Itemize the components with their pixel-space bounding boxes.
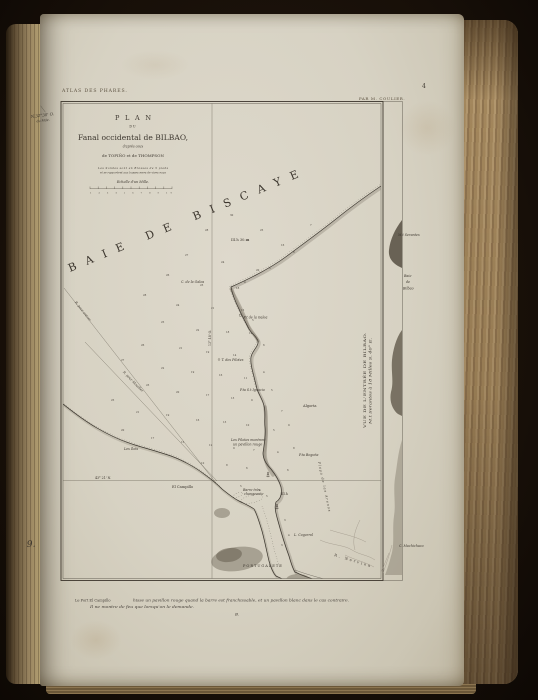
- sounding-depth: 25: [260, 228, 264, 232]
- profile-serantes-peak: [389, 220, 402, 268]
- sounding-depth: 7: [310, 223, 312, 227]
- view-subtitle: M.t Serantes à 18 Milles S. 40° E.: [369, 338, 373, 426]
- sounding-depth: 7: [253, 448, 255, 452]
- sounding-depth: 14: [233, 353, 237, 357]
- sounding-depth: 20: [176, 390, 180, 394]
- sounding-depth: 9: [233, 446, 235, 450]
- sounding-depth: 15: [181, 440, 185, 444]
- sounding-depth: 27: [121, 358, 125, 362]
- sounding-depth: 13: [231, 396, 235, 400]
- handwritten-folio-mark: 9.: [27, 540, 36, 550]
- marsh-contour: [330, 530, 366, 542]
- author-credit: PAR M. COULIER.: [359, 96, 405, 101]
- label-algorta: Algorta: [302, 404, 317, 408]
- sounding-depth: 16: [196, 418, 200, 422]
- sounding-depth: 18: [226, 330, 230, 334]
- sounding-depth: 17: [206, 393, 210, 397]
- label-cogorrol: L. Cogorrol: [293, 533, 313, 537]
- title-du: DU: [129, 125, 136, 129]
- sounding-depth: 4: [288, 533, 290, 537]
- scale-label: Echelle d'un Mille.: [116, 180, 149, 184]
- label-punta-ignacio: P.ta S.t Ignacio: [239, 388, 265, 392]
- sounding-depth: 19: [206, 350, 210, 354]
- sounding-depth: 21: [179, 346, 183, 350]
- photo-of-open-atlas: ATLAS DES PHARES. PAR M. COULIER. 4 N.32…: [0, 0, 538, 700]
- sounding-depth: 10: [246, 423, 250, 427]
- sounding-depth: 21: [136, 410, 140, 414]
- view-title: VUE DE L'ENTRÉE DE BILBAO.: [362, 332, 367, 429]
- west-bank-knoll: [214, 508, 230, 518]
- sounding-depth: 11: [244, 376, 248, 380]
- tide-inner: III.h: [281, 492, 288, 496]
- sand-bar: [233, 491, 244, 498]
- sounding-depth: 21: [211, 306, 215, 310]
- sounding-depth: 18: [236, 286, 240, 290]
- label-baie-2: de: [406, 280, 410, 284]
- algorta-ridge-shading: [265, 407, 273, 475]
- sounding-depth: 3: [281, 543, 283, 547]
- label-nervion: R. Nervion: [334, 553, 373, 568]
- sounding-depth: 23: [146, 383, 150, 387]
- margin-note-datum: du Mde.: [36, 118, 50, 124]
- reef-dots-west: [62, 402, 221, 487]
- leading-line-moor: [85, 342, 217, 481]
- label-cape-galea: C. de la Galea: [181, 280, 204, 284]
- sounding-depth: 5: [240, 484, 242, 488]
- pilot-tower-symbol: [218, 359, 220, 361]
- label-ilots: Les Ilots: [123, 447, 139, 451]
- title-plan: PLAN: [115, 114, 151, 122]
- sounding-depth: 3: [284, 518, 286, 522]
- sounding-depth: 26: [141, 343, 145, 347]
- scale-tick-numbers: 1 2 3 4 5 6 7 8 9 10: [90, 192, 173, 195]
- sounding-depth: 4: [277, 450, 279, 454]
- label-campillo: El Campillo: [172, 485, 193, 489]
- title-block: PLAN DU Fanal occidental de BILBAO, d'ap…: [78, 114, 188, 195]
- sounding-depth: 28: [143, 293, 147, 297]
- sounding-depth: 8: [226, 463, 228, 467]
- sounding-depth: 9: [251, 398, 253, 402]
- sounding-depth: 27: [185, 253, 189, 257]
- stream: [354, 520, 360, 550]
- label-machichaco: C. Machichaco: [399, 544, 424, 548]
- route-moor-label: R. pour Mouiller: [121, 370, 144, 394]
- label-baie-3: Bilbao: [402, 287, 414, 291]
- plate-number: 4: [422, 83, 426, 90]
- soundings-note-1: Les Sondes sont en Brasses de 5 pieds: [97, 166, 169, 170]
- route-enter-label: R. pour entrer: [73, 300, 92, 322]
- label-playa-arenas: Playa de las Arenas: [317, 460, 332, 512]
- map-content: R. pour entrer R. pour Mouiller 30282627…: [62, 104, 382, 593]
- bar-note-2: changeante: [244, 492, 264, 496]
- sounding-depth: 12: [249, 331, 253, 335]
- sounding-depth: 6: [263, 343, 265, 347]
- sounding-depth: 20: [256, 268, 260, 272]
- river-bend-hill: [286, 574, 310, 586]
- label-pilot-tower: T. des Pilotes: [222, 358, 244, 362]
- sounding-depth: 26: [166, 273, 170, 277]
- sounding-depth: 22: [196, 328, 200, 332]
- series-title: ATLAS DES PHARES.: [61, 88, 128, 94]
- sounding-depth: 9: [288, 423, 290, 427]
- sounding-depth: 19: [166, 413, 170, 417]
- anchorage-icon: [266, 472, 269, 477]
- sounding-depth: 8: [293, 446, 295, 450]
- sea-name: BAIE DE BISCAYE: [66, 168, 300, 275]
- caption-prefix: Le Fort El Campillo: [75, 599, 111, 603]
- label-baie-1: Baie: [403, 274, 411, 278]
- sounding-depth: 30: [230, 213, 234, 217]
- sounding-depth: 5: [273, 428, 275, 432]
- sounding-depth: 22: [161, 366, 165, 370]
- profile-hills: [390, 330, 402, 416]
- tide-establishment: III.h 30.m: [231, 238, 250, 242]
- sounding-depth: 6: [287, 468, 289, 472]
- parallel-label: 43° 21' N.: [95, 476, 111, 480]
- title-main: Fanal occidental de BILBAO,: [78, 134, 188, 142]
- caption-line-1: hisse un pavillon rouge quand la barre e…: [133, 599, 349, 603]
- label-mont-serantes: M.t Serantes: [397, 233, 420, 237]
- label-fort-galea: F.t de la Galea: [243, 316, 268, 320]
- sounding-depth: 6: [246, 466, 248, 470]
- sounding-depth: 16: [219, 373, 223, 377]
- caption-line-2: Il ne montre de feu que lorsqu'on le dem…: [89, 605, 194, 609]
- sounding-depth: 25: [161, 320, 165, 324]
- view-strip: VUE DE L'ENTRÉE DE BILBAO. M.t Serantes …: [362, 220, 424, 575]
- meridian-label: 13° 48' O.: [208, 330, 212, 346]
- pilots-note-2: un pavillon rouge: [233, 443, 262, 447]
- title-after: d'après ceux: [123, 145, 144, 149]
- profile-coast: [385, 440, 402, 575]
- sounding-depth: 13: [223, 420, 227, 424]
- margin-note: N.32°30' O. du Mde.: [29, 104, 55, 124]
- plate-letter: B.: [234, 612, 239, 617]
- title-authors: de TOFIÑO et de THOMPSON: [102, 153, 164, 158]
- soundings-note-2: et se rapportent aux basses mers de vive…: [100, 171, 166, 175]
- sounding-depth: 5: [266, 494, 268, 498]
- label-punta-begona: P.ta Begoña: [298, 453, 319, 457]
- sounding-depth: 24: [221, 260, 225, 264]
- engraved-chart: ATLAS DES PHARES. PAR M. COULIER. 4 N.32…: [0, 0, 538, 700]
- sounding-depth: 28: [205, 228, 209, 232]
- sounding-depth: 4: [263, 370, 265, 374]
- pilots-note-1: Les Pilotes montrent: [230, 438, 266, 442]
- sounding-depth: 15: [241, 308, 245, 312]
- sounding-depth: 12: [209, 443, 213, 447]
- label-portugalete: PORTUGALETE: [243, 564, 283, 568]
- caption: Le Fort El Campillo hisse un pavillon ro…: [75, 599, 349, 617]
- sounding-depth: 25: [111, 398, 115, 402]
- sounding-depth: 20: [121, 428, 125, 432]
- sounding-depth: 10: [201, 461, 205, 465]
- sounding-depth: 7: [281, 409, 283, 413]
- chart-inner-border: [63, 104, 381, 579]
- sounding-depth: 17: [151, 436, 155, 440]
- sounding-depth: 19: [191, 370, 195, 374]
- sounding-depth: 24: [176, 303, 180, 307]
- sounding-depth: 5: [271, 388, 273, 392]
- sounding-depth: 16: [281, 243, 285, 247]
